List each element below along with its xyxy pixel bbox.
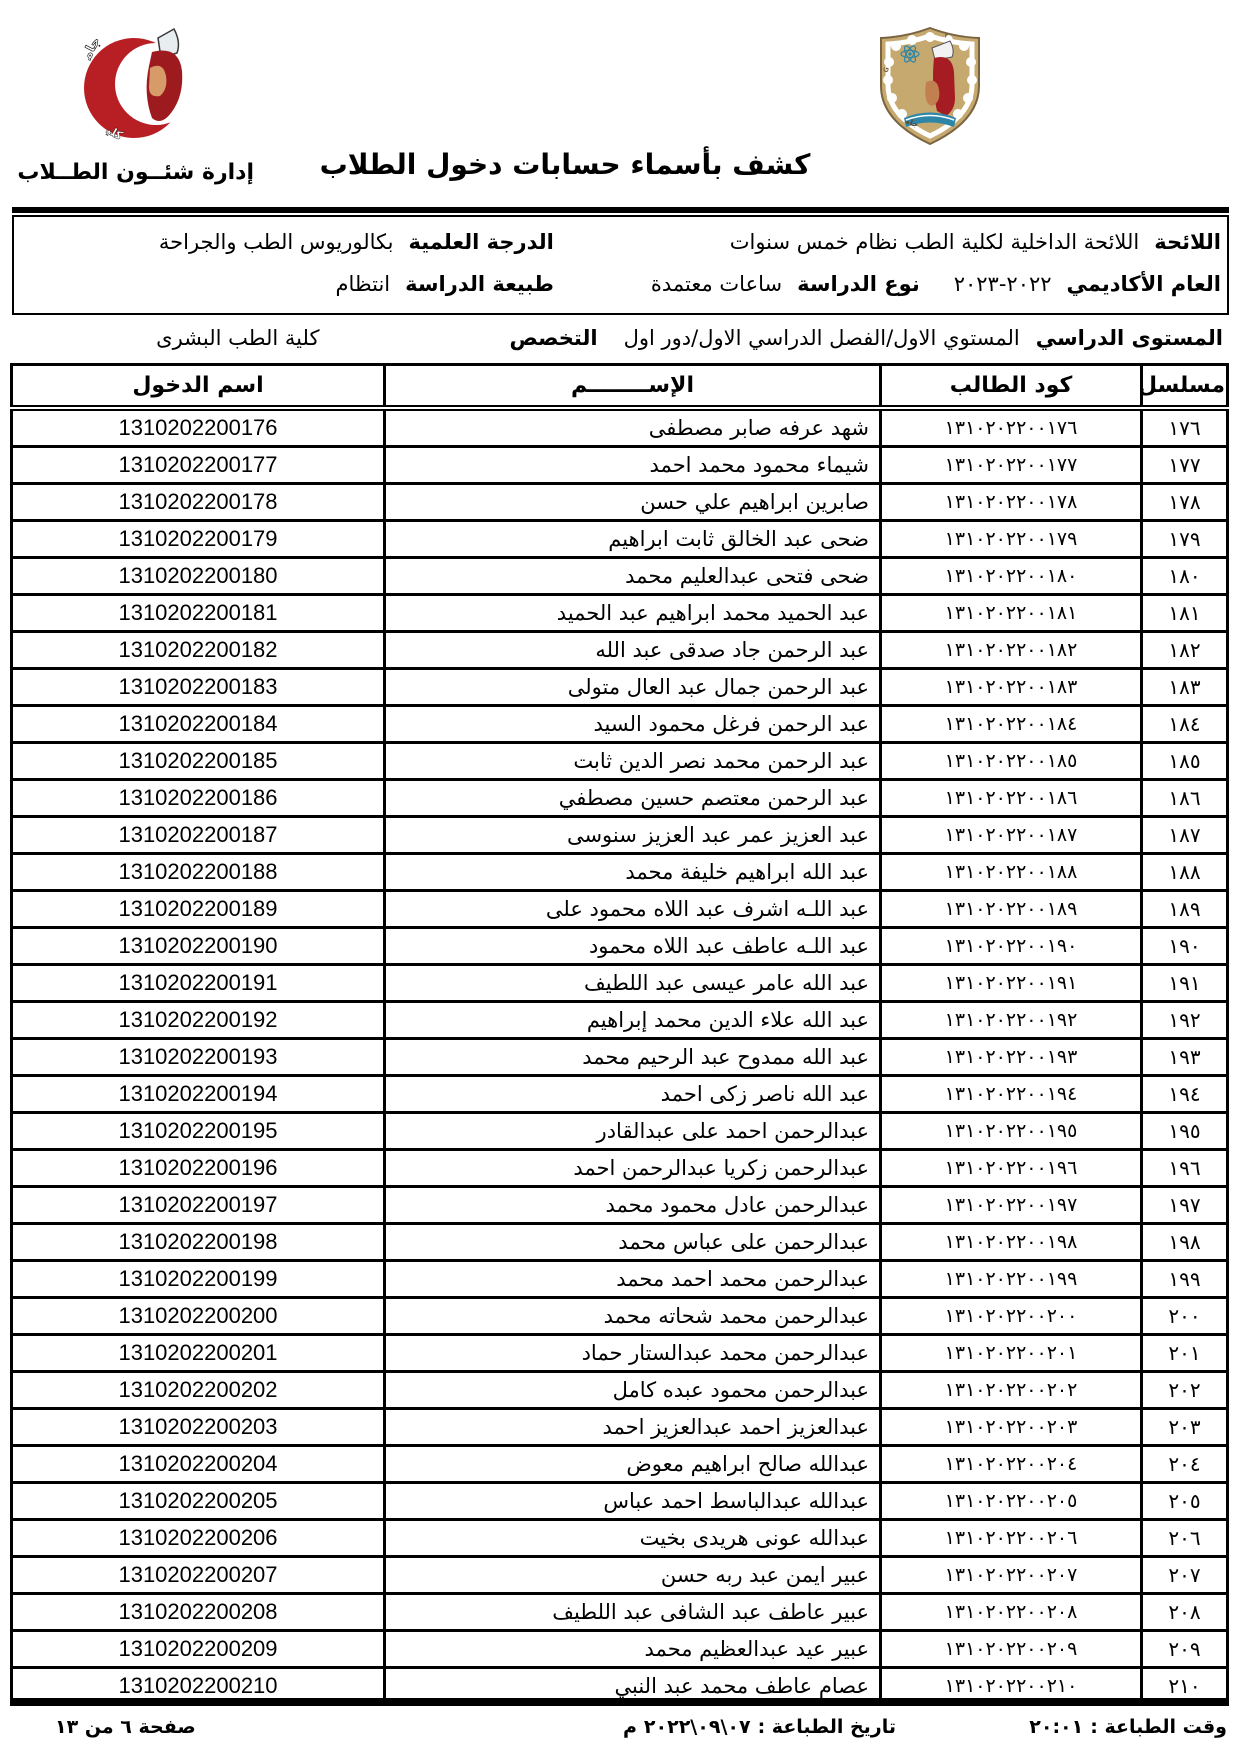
student-row: ٢٠٠ ١٣١٠٢٠٢٢٠٠٢٠٠ عبدالرحمن محمد شحاته م… (12, 1298, 1228, 1335)
student-code-cell: ١٣١٠٢٠٢٢٠٠١٨٧ (881, 817, 1142, 854)
login-name-cell: 1310202200193 (12, 1039, 385, 1076)
serial-cell: ١٨٦ (1142, 780, 1228, 817)
serial-cell: ١٩٥ (1142, 1113, 1228, 1150)
serial-cell: ١٩١ (1142, 965, 1228, 1002)
print-date-value: ٢٠٢٢\٠٩\٠٧ (644, 1716, 751, 1738)
login-name-cell: 1310202200184 (12, 706, 385, 743)
serial-cell: ١٩٤ (1142, 1076, 1228, 1113)
student-name-cell: عبد الله ابراهيم خليفة محمد (385, 854, 881, 891)
student-code-cell: ١٣١٠٢٠٢٢٠٠١٩٣ (881, 1039, 1142, 1076)
student-name-cell: شيماء محمود محمد احمد (385, 447, 881, 484)
student-code-cell: ١٣١٠٢٠٢٢٠٠٢٠٤ (881, 1446, 1142, 1483)
serial-cell: ٢٠٥ (1142, 1483, 1228, 1520)
level-label: المستوى الدراسي (1036, 321, 1223, 355)
study-nature-label: طبيعة الدراسة (405, 263, 554, 305)
student-name-cell: عبدالرحمن محمود عبده كامل (385, 1372, 881, 1409)
student-name-cell: عبد الله ناصر زكى احمد (385, 1076, 881, 1113)
level-value: المستوي الاول/الفصل الدراسي الاول/دور او… (624, 321, 1020, 355)
study-type-label: نوع الدراسة (797, 263, 920, 305)
student-name-cell: عبدالرحمن محمد احمد محمد (385, 1261, 881, 1298)
serial-cell: ١٨٨ (1142, 854, 1228, 891)
student-row: ٢٠٣ ١٣١٠٢٠٢٢٠٠٢٠٣ عبدالعزيز احمد عبدالعز… (12, 1409, 1228, 1446)
serial-cell: ٢٠٦ (1142, 1520, 1228, 1557)
student-name-cell: عبد الرحمن فرغل محمود السيد (385, 706, 881, 743)
serial-cell: ٢٠٢ (1142, 1372, 1228, 1409)
serial-cell: ١٩٧ (1142, 1187, 1228, 1224)
student-code-cell: ١٣١٠٢٠٢٢٠٠١٧٦ (881, 408, 1142, 447)
student-row: ١٨٠ ١٣١٠٢٠٢٢٠٠١٨٠ ضحى فتحى عبدالعليم محم… (12, 558, 1228, 595)
serial-cell: ١٧٩ (1142, 521, 1228, 558)
student-code-cell: ١٣١٠٢٠٢٢٠٠١٨٢ (881, 632, 1142, 669)
student-code-cell: ١٣١٠٢٠٢٢٠٠٢٠٨ (881, 1594, 1142, 1631)
student-code-cell: ١٣١٠٢٠٢٢٠٠١٩٧ (881, 1187, 1142, 1224)
login-name-cell: 1310202200188 (12, 854, 385, 891)
masthead: جامعة سوهاج كلية الطب إدارة شئــون الطــ… (0, 0, 1241, 207)
info-row-1: اللائحة اللائحة الداخلية لكلية الطب نظام… (14, 221, 1227, 263)
student-name-cell: عبدالله عبدالباسط احمد عباس (385, 1483, 881, 1520)
login-name-cell: 1310202200200 (12, 1298, 385, 1335)
student-code-cell: ١٣١٠٢٠٢٢٠٠١٩٩ (881, 1261, 1142, 1298)
serial-cell: ١٩٦ (1142, 1150, 1228, 1187)
student-code-cell: ١٣١٠٢٠٢٢٠٠١٨٣ (881, 669, 1142, 706)
serial-cell: ٢٠٨ (1142, 1594, 1228, 1631)
login-name-cell: 1310202200204 (12, 1446, 385, 1483)
serial-cell: ١٩٣ (1142, 1039, 1228, 1076)
student-code-cell: ١٣١٠٢٠٢٢٠٠١٨٠ (881, 558, 1142, 595)
login-name-cell: 1310202200186 (12, 780, 385, 817)
student-name-cell: عبد الرحمن جاد صدقى عبد الله (385, 632, 881, 669)
student-row: ١٨٧ ١٣١٠٢٠٢٢٠٠١٨٧ عبد العزيز عمر عبد الع… (12, 817, 1228, 854)
name-column-header: الإســــــــم (385, 365, 881, 409)
student-name-cell: عبير ايمن عبد ربه حسن (385, 1557, 881, 1594)
student-row: ١٩٥ ١٣١٠٢٠٢٢٠٠١٩٥ عبدالرحمن احمد على عبد… (12, 1113, 1228, 1150)
student-name-cell: عبير عاطف عبد الشافى عبد اللطيف (385, 1594, 881, 1631)
serial-cell: ٢٠٧ (1142, 1557, 1228, 1594)
student-name-cell: ضحى عبد الخالق ثابت ابراهيم (385, 521, 881, 558)
info-box: اللائحة اللائحة الداخلية لكلية الطب نظام… (12, 215, 1229, 315)
serial-cell: ٢٠٤ (1142, 1446, 1228, 1483)
print-date-suffix: م (623, 1716, 637, 1738)
login-name-cell: 1310202200198 (12, 1224, 385, 1261)
login-name-cell: 1310202200178 (12, 484, 385, 521)
study-nature-value: انتظام (335, 263, 390, 305)
student-code-cell: ١٣١٠٢٠٢٢٠٠١٩٦ (881, 1150, 1142, 1187)
serial-cell: ١٩٩ (1142, 1261, 1228, 1298)
serial-cell: ١٨١ (1142, 595, 1228, 632)
student-table-body: ١٧٦ ١٣١٠٢٠٢٢٠٠١٧٦ شهد عرفه صابر مصطفى 13… (12, 408, 1228, 1705)
login-name-cell: 1310202200207 (12, 1557, 385, 1594)
student-row: ١٨٩ ١٣١٠٢٠٢٢٠٠١٨٩ عبد اللـه اشرف عبد الل… (12, 891, 1228, 928)
student-row: ٢٠٦ ١٣١٠٢٠٢٢٠٠٢٠٦ عبدالله عونى هريدى بخي… (12, 1520, 1228, 1557)
student-name-cell: ضحى فتحى عبدالعليم محمد (385, 558, 881, 595)
student-code-cell: ١٣١٠٢٠٢٢٠٠١٧٩ (881, 521, 1142, 558)
student-code-cell: ١٣١٠٢٠٢٢٠٠١٨٩ (881, 891, 1142, 928)
login-name-cell: 1310202200203 (12, 1409, 385, 1446)
student-name-cell: شهد عرفه صابر مصطفى (385, 408, 881, 447)
login-name-cell: 1310202200201 (12, 1335, 385, 1372)
page-number: صفحة ٦ من ١٣ (55, 1716, 196, 1738)
student-code-cell: ١٣١٠٢٠٢٢٠٠٢٠٠ (881, 1298, 1142, 1335)
student-code-cell: ١٣١٠٢٠٢٢٠٠١٩٠ (881, 928, 1142, 965)
serial-cell: ١٧٨ (1142, 484, 1228, 521)
student-name-cell: عبد الرحمن جمال عبد العال متولى (385, 669, 881, 706)
login-name-cell: 1310202200202 (12, 1372, 385, 1409)
student-code-cell: ١٣١٠٢٠٢٢٠٠٢٠٣ (881, 1409, 1142, 1446)
login-name-cell: 1310202200206 (12, 1520, 385, 1557)
print-time-value: ٢٠:٠١ (1029, 1716, 1083, 1738)
serial-cell: ١٨٠ (1142, 558, 1228, 595)
login-name-cell: 1310202200179 (12, 521, 385, 558)
login-name-cell: 1310202200183 (12, 669, 385, 706)
student-row: ١٨١ ١٣١٠٢٠٢٢٠٠١٨١ عبد الحميد محمد ابراهي… (12, 595, 1228, 632)
login-name-cell: 1310202200195 (12, 1113, 385, 1150)
specialty-label: التخصص (509, 321, 597, 355)
print-time-label: وقت الطباعة : (1090, 1716, 1227, 1738)
print-date: تاريخ الطباعة : ٢٠٢٢\٠٩\٠٧ م (623, 1716, 896, 1738)
student-code-cell: ١٣١٠٢٠٢٢٠٠١٧٨ (881, 484, 1142, 521)
login-name-cell: 1310202200196 (12, 1150, 385, 1187)
student-name-cell: عبدالله عونى هريدى بخيت (385, 1520, 881, 1557)
student-name-cell: عبد الله علاء الدين محمد إبراهيم (385, 1002, 881, 1039)
student-row: ١٨٣ ١٣١٠٢٠٢٢٠٠١٨٣ عبد الرحمن جمال عبد ال… (12, 669, 1228, 706)
student-code-cell: ١٣١٠٢٠٢٢٠٠١٨١ (881, 595, 1142, 632)
table-header-row: مسلسل كود الطالب الإســــــــم اسم الدخو… (12, 365, 1228, 409)
student-row: ١٧٦ ١٣١٠٢٠٢٢٠٠١٧٦ شهد عرفه صابر مصطفى 13… (12, 408, 1228, 447)
student-row: ١٩٦ ١٣١٠٢٠٢٢٠٠١٩٦ عبدالرحمن زكريا عبدالر… (12, 1150, 1228, 1187)
student-name-cell: عبدالرحمن محمد شحاته محمد (385, 1298, 881, 1335)
print-time: وقت الطباعة : ٢٠:٠١ (1029, 1716, 1227, 1738)
login-name-cell: 1310202200185 (12, 743, 385, 780)
student-name-cell: عبد العزيز عمر عبد العزيز سنوسى (385, 817, 881, 854)
student-name-cell: عبدالرحمن محمد عبدالستار حماد (385, 1335, 881, 1372)
student-code-cell: ١٣١٠٢٠٢٢٠٠٢٠٦ (881, 1520, 1142, 1557)
student-row: ١٩٧ ١٣١٠٢٠٢٢٠٠١٩٧ عبدالرحمن عادل محمود م… (12, 1187, 1228, 1224)
login-name-cell: 1310202200176 (12, 408, 385, 447)
login-name-cell: 1310202200197 (12, 1187, 385, 1224)
student-name-cell: عبد اللـه اشرف عبد اللاه محمود على (385, 891, 881, 928)
student-code-cell: ١٣١٠٢٠٢٢٠٠٢٠١ (881, 1335, 1142, 1372)
student-name-cell: عبد الرحمن محمد نصر الدين ثابت (385, 743, 881, 780)
login-name-cell: 1310202200189 (12, 891, 385, 928)
serial-column-header: مسلسل (1142, 365, 1228, 409)
info-row-3: المستوى الدراسي المستوي الاول/الفصل الدر… (12, 321, 1229, 355)
serial-cell: ٢٠٠ (1142, 1298, 1228, 1335)
login-name-cell: 1310202200181 (12, 595, 385, 632)
student-row: ١٩٢ ١٣١٠٢٠٢٢٠٠١٩٢ عبد الله علاء الدين مح… (12, 1002, 1228, 1039)
student-row: ١٧٧ ١٣١٠٢٠٢٢٠٠١٧٧ شيماء محمود محمد احمد … (12, 447, 1228, 484)
header-divider (12, 207, 1229, 213)
serial-cell: ١٨٤ (1142, 706, 1228, 743)
student-name-cell: عبد الله عامر عيسى عبد اللطيف (385, 965, 881, 1002)
login-name-cell: 1310202200209 (12, 1631, 385, 1668)
student-row: ١٩١ ١٣١٠٢٠٢٢٠٠١٩١ عبد الله عامر عيسى عبد… (12, 965, 1228, 1002)
student-name-cell: صابرين ابراهيم علي حسن (385, 484, 881, 521)
student-code-cell: ١٣١٠٢٠٢٢٠٠١٨٨ (881, 854, 1142, 891)
faculty-of-medicine-crescent-logo-icon: جامعة سوهاج كلية الطب (78, 10, 210, 160)
login-name-cell: 1310202200180 (12, 558, 385, 595)
login-name-cell: 1310202200182 (12, 632, 385, 669)
page-footer: وقت الطباعة : ٢٠:٠١ تاريخ الطباعة : ٢٠٢٢… (0, 1698, 1241, 1754)
student-code-cell: ١٣١٠٢٠٢٢٠٠١٩٥ (881, 1113, 1142, 1150)
serial-cell: ٢٠٣ (1142, 1409, 1228, 1446)
serial-cell: ١٩٨ (1142, 1224, 1228, 1261)
student-row: ١٩٠ ١٣١٠٢٠٢٢٠٠١٩٠ عبد اللـه عاطف عبد الل… (12, 928, 1228, 965)
student-row: ٢٠١ ١٣١٠٢٠٢٢٠٠٢٠١ عبدالرحمن محمد عبدالست… (12, 1335, 1228, 1372)
student-row: ١٩٤ ١٣١٠٢٠٢٢٠٠١٩٤ عبد الله ناصر زكى احمد… (12, 1076, 1228, 1113)
student-row: ١٩٣ ١٣١٠٢٠٢٢٠٠١٩٣ عبد الله ممدوح عبد الر… (12, 1039, 1228, 1076)
student-row: ٢٠٩ ١٣١٠٢٠٢٢٠٠٢٠٩ عبير عيد عبدالعظيم محم… (12, 1631, 1228, 1668)
student-name-cell: عبدالعزيز احمد عبدالعزيز احمد (385, 1409, 881, 1446)
student-row: ٢٠٤ ١٣١٠٢٠٢٢٠٠٢٠٤ عبدالله صالح ابراهيم م… (12, 1446, 1228, 1483)
student-name-cell: عبدالرحمن زكريا عبدالرحمن احمد (385, 1150, 881, 1187)
degree-label: الدرجة العلمية (408, 221, 553, 263)
student-name-cell: عبد الله ممدوح عبد الرحيم محمد (385, 1039, 881, 1076)
student-row: ١٨٢ ١٣١٠٢٠٢٢٠٠١٨٢ عبد الرحمن جاد صدقى عب… (12, 632, 1228, 669)
serial-cell: ٢٠١ (1142, 1335, 1228, 1372)
footer-divider (12, 1698, 1229, 1704)
student-row: ١٨٦ ١٣١٠٢٠٢٢٠٠١٨٦ عبد الرحمن معتصم حسين … (12, 780, 1228, 817)
student-name-cell: عبد الرحمن معتصم حسين مصطفي (385, 780, 881, 817)
student-code-cell: ١٣١٠٢٠٢٢٠٠١٩٨ (881, 1224, 1142, 1261)
student-row: ٢٠٧ ١٣١٠٢٠٢٢٠٠٢٠٧ عبير ايمن عبد ربه حسن … (12, 1557, 1228, 1594)
regulation-value: اللائحة الداخلية لكلية الطب نظام خمس سنو… (730, 221, 1139, 263)
report-page: جامعة سوهاج كلية الطب إدارة شئــون الطــ… (0, 0, 1241, 1754)
student-name-cell: عبدالرحمن على عباس محمد (385, 1224, 881, 1261)
serial-cell: ١٩٢ (1142, 1002, 1228, 1039)
study-type-value: ساعات معتمدة (651, 263, 782, 305)
regulation-label: اللائحة (1154, 221, 1221, 263)
serial-cell: ١٨٩ (1142, 891, 1228, 928)
serial-cell: ١٩٠ (1142, 928, 1228, 965)
student-code-cell: ١٣١٠٢٠٢٢٠٠٢٠٥ (881, 1483, 1142, 1520)
student-code-cell: ١٣١٠٢٠٢٢٠٠١٨٦ (881, 780, 1142, 817)
student-name-cell: عبدالرحمن عادل محمود محمد (385, 1187, 881, 1224)
print-date-label: تاريخ الطباعة : (758, 1716, 896, 1738)
student-row: ١٧٩ ١٣١٠٢٠٢٢٠٠١٧٩ ضحى عبد الخالق ثابت اب… (12, 521, 1228, 558)
student-code-cell: ١٣١٠٢٠٢٢٠٠٢٠٢ (881, 1372, 1142, 1409)
academic-year-label: العام الأكاديمي (1067, 263, 1221, 305)
serial-cell: ١٨٥ (1142, 743, 1228, 780)
serial-cell: ١٨٣ (1142, 669, 1228, 706)
student-name-cell: عبدالله صالح ابراهيم معوض (385, 1446, 881, 1483)
student-name-cell: عبير عيد عبدالعظيم محمد (385, 1631, 881, 1668)
login-name-cell: 1310202200187 (12, 817, 385, 854)
student-code-cell: ١٣١٠٢٠٢٢٠٠١٧٧ (881, 447, 1142, 484)
student-code-cell: ١٣١٠٢٠٢٢٠٠١٨٥ (881, 743, 1142, 780)
student-code-cell: ١٣١٠٢٠٢٢٠٠١٩٢ (881, 1002, 1142, 1039)
serial-cell: ١٨٢ (1142, 632, 1228, 669)
student-row: ١٩٨ ١٣١٠٢٠٢٢٠٠١٩٨ عبدالرحمن على عباس محم… (12, 1224, 1228, 1261)
student-row: ٢٠٥ ١٣١٠٢٠٢٢٠٠٢٠٥ عبدالله عبدالباسط احمد… (12, 1483, 1228, 1520)
degree-value: بكالوريوس الطب والجراحة (159, 221, 394, 263)
login-name-cell: 1310202200190 (12, 928, 385, 965)
login-name-cell: 1310202200177 (12, 447, 385, 484)
login-name-cell: 1310202200199 (12, 1261, 385, 1298)
student-row: ٢٠٨ ١٣١٠٢٠٢٢٠٠٢٠٨ عبير عاطف عبد الشافى ع… (12, 1594, 1228, 1631)
login-name-cell: 1310202200205 (12, 1483, 385, 1520)
student-row: ١٨٨ ١٣١٠٢٠٢٢٠٠١٨٨ عبد الله ابراهيم خليفة… (12, 854, 1228, 891)
page-title: كشف بأسماء حسابات دخول الطلاب (0, 148, 1130, 181)
serial-cell: ١٧٦ (1142, 408, 1228, 447)
serial-cell: ١٨٧ (1142, 817, 1228, 854)
student-name-cell: عبدالرحمن احمد على عبدالقادر (385, 1113, 881, 1150)
student-row: ١٩٩ ١٣١٠٢٠٢٢٠٠١٩٩ عبدالرحمن محمد احمد مح… (12, 1261, 1228, 1298)
student-code-column-header: كود الطالب (881, 365, 1142, 409)
student-row: ١٧٨ ١٣١٠٢٠٢٢٠٠١٧٨ صابرين ابراهيم علي حسن… (12, 484, 1228, 521)
login-name-cell: 1310202200194 (12, 1076, 385, 1113)
login-name-cell: 1310202200208 (12, 1594, 385, 1631)
student-code-cell: ١٣١٠٢٠٢٢٠٠٢٠٩ (881, 1631, 1142, 1668)
student-row: ١٨٥ ١٣١٠٢٠٢٢٠٠١٨٥ عبد الرحمن محمد نصر ال… (12, 743, 1228, 780)
student-row: ١٨٤ ١٣١٠٢٠٢٢٠٠١٨٤ عبد الرحمن فرغل محمود … (12, 706, 1228, 743)
login-name-cell: 1310202200191 (12, 965, 385, 1002)
student-code-cell: ١٣١٠٢٠٢٢٠٠٢٠٧ (881, 1557, 1142, 1594)
serial-cell: ٢٠٩ (1142, 1631, 1228, 1668)
sohag-university-shield-logo-icon: SOHAG UNIVERSITY جامعة سوهاج (874, 24, 986, 148)
login-column-header: اسم الدخول (12, 365, 385, 409)
academic-year-value: ٢٠٢٢-٢٠٢٣ (954, 263, 1052, 305)
student-code-cell: ١٣١٠٢٠٢٢٠٠١٨٤ (881, 706, 1142, 743)
login-name-cell: 1310202200192 (12, 1002, 385, 1039)
serial-cell: ١٧٧ (1142, 447, 1228, 484)
student-code-cell: ١٣١٠٢٠٢٢٠٠١٩٤ (881, 1076, 1142, 1113)
student-code-cell: ١٣١٠٢٠٢٢٠٠١٩١ (881, 965, 1142, 1002)
info-row-2: العام الأكاديمي ٢٠٢٢-٢٠٢٣ نوع الدراسة سا… (14, 263, 1227, 305)
student-row: ٢٠٢ ١٣١٠٢٠٢٢٠٠٢٠٢ عبدالرحمن محمود عبده ك… (12, 1372, 1228, 1409)
specialty-value: كلية الطب البشرى (156, 321, 319, 355)
students-table: مسلسل كود الطالب الإســــــــم اسم الدخو… (10, 363, 1229, 1706)
student-name-cell: عبد اللـه عاطف عبد اللاه محمود (385, 928, 881, 965)
student-name-cell: عبد الحميد محمد ابراهيم عبد الحميد (385, 595, 881, 632)
